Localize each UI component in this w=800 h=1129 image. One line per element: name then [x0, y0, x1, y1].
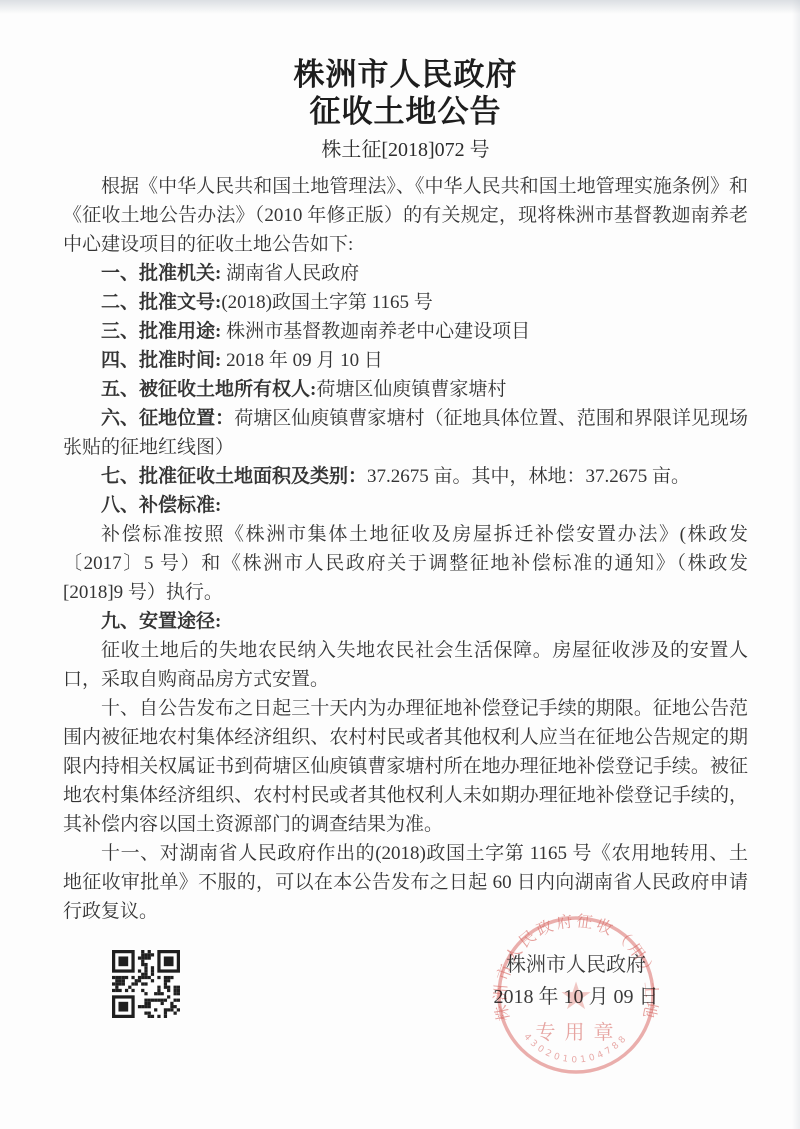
- qr-code-icon: [112, 950, 180, 1018]
- item-6-label: 六、征地位置：: [101, 408, 234, 429]
- document-number: 株土征[2018]072 号: [63, 137, 748, 163]
- list-item-1: 一、批准机关: 湖南省人民政府: [63, 259, 748, 288]
- document-content: 株洲市人民政府 征收土地公告 株土征[2018]072 号 根据《中华人民共和国…: [63, 56, 748, 926]
- item-3-label: 三、批准用途:: [101, 321, 221, 342]
- list-item-2: 二、批准文号:(2018)政国土字第 1165 号: [63, 288, 748, 317]
- item-3-value: 株洲市基督教迦南养老中心建设项目: [221, 321, 530, 342]
- scanned-document-page: 株洲市人民政府 征收土地公告 株土征[2018]072 号 根据《中华人民共和国…: [0, 0, 800, 1129]
- intro-paragraph: 根据《中华人民共和国土地管理法》、《中华人民共和国土地管理实施条例》和《征收土地…: [63, 172, 748, 259]
- section-9-text: 征收土地后的失地农民纳入失地农民社会生活保障。房屋征收涉及的安置人口，采取自购商…: [63, 636, 748, 694]
- list-item-3: 三、批准用途: 株洲市基督教迦南养老中心建设项目: [63, 317, 748, 346]
- seal-center-label: 专用章: [536, 1021, 623, 1044]
- list-item-4: 四、批准时间: 2018 年 09 月 10 日: [63, 346, 748, 375]
- item-4-label: 四、批准时间:: [101, 350, 221, 371]
- item-5-label: 五、被征收土地所有权人:: [101, 379, 316, 400]
- item-1-label: 一、批准机关:: [101, 263, 221, 284]
- section-8-text: 补偿标准按照《株洲市集体土地征收及房屋拆迁补偿安置办法》(株政发〔2017〕5 …: [63, 520, 748, 607]
- section-8-heading: 八、补偿标准:: [63, 491, 748, 520]
- item-7-label: 七、批准征收土地面积及类别：: [101, 466, 367, 487]
- scan-shadow-right: [792, 0, 800, 1129]
- item-1-value: 湖南省人民政府: [221, 263, 359, 284]
- document-body: 根据《中华人民共和国土地管理法》、《中华人民共和国土地管理实施条例》和《征收土地…: [63, 172, 748, 926]
- title-line-1: 株洲市人民政府: [63, 56, 748, 93]
- section-9-heading: 九、安置途径:: [63, 607, 748, 636]
- section-10-text: 十、自公告发布之日起三十天内为办理征地补偿登记手续的期限。征地公告范围内被征地农…: [63, 694, 748, 839]
- title-line-2: 征收土地公告: [63, 93, 748, 130]
- scan-shadow-top: [0, 0, 800, 14]
- list-item-7: 七、批准征收土地面积及类别：37.2675 亩。其中，林地：37.2675 亩。: [63, 462, 748, 491]
- list-item-6: 六、征地位置：荷塘区仙庾镇曹家塘村（征地具体位置、范围和界限详见现场张贴的征地红…: [63, 404, 748, 462]
- official-seal: 株洲市人民政府征收（用）土地 ★ 专用章 4302010104788: [491, 910, 661, 1080]
- item-7-value: 37.2675 亩。其中，林地：37.2675 亩。: [367, 466, 690, 487]
- seal-star-icon: ★: [559, 976, 593, 1018]
- item-2-label: 二、批准文号:: [101, 292, 221, 313]
- list-item-5: 五、被征收土地所有权人:荷塘区仙庾镇曹家塘村: [63, 375, 748, 404]
- item-4-value: 2018 年 09 月 10 日: [221, 350, 383, 371]
- item-2-value: (2018)政国土字第 1165 号: [221, 292, 432, 313]
- item-5-value: 荷塘区仙庾镇曹家塘村: [316, 379, 506, 400]
- document-title: 株洲市人民政府 征收土地公告: [63, 56, 748, 130]
